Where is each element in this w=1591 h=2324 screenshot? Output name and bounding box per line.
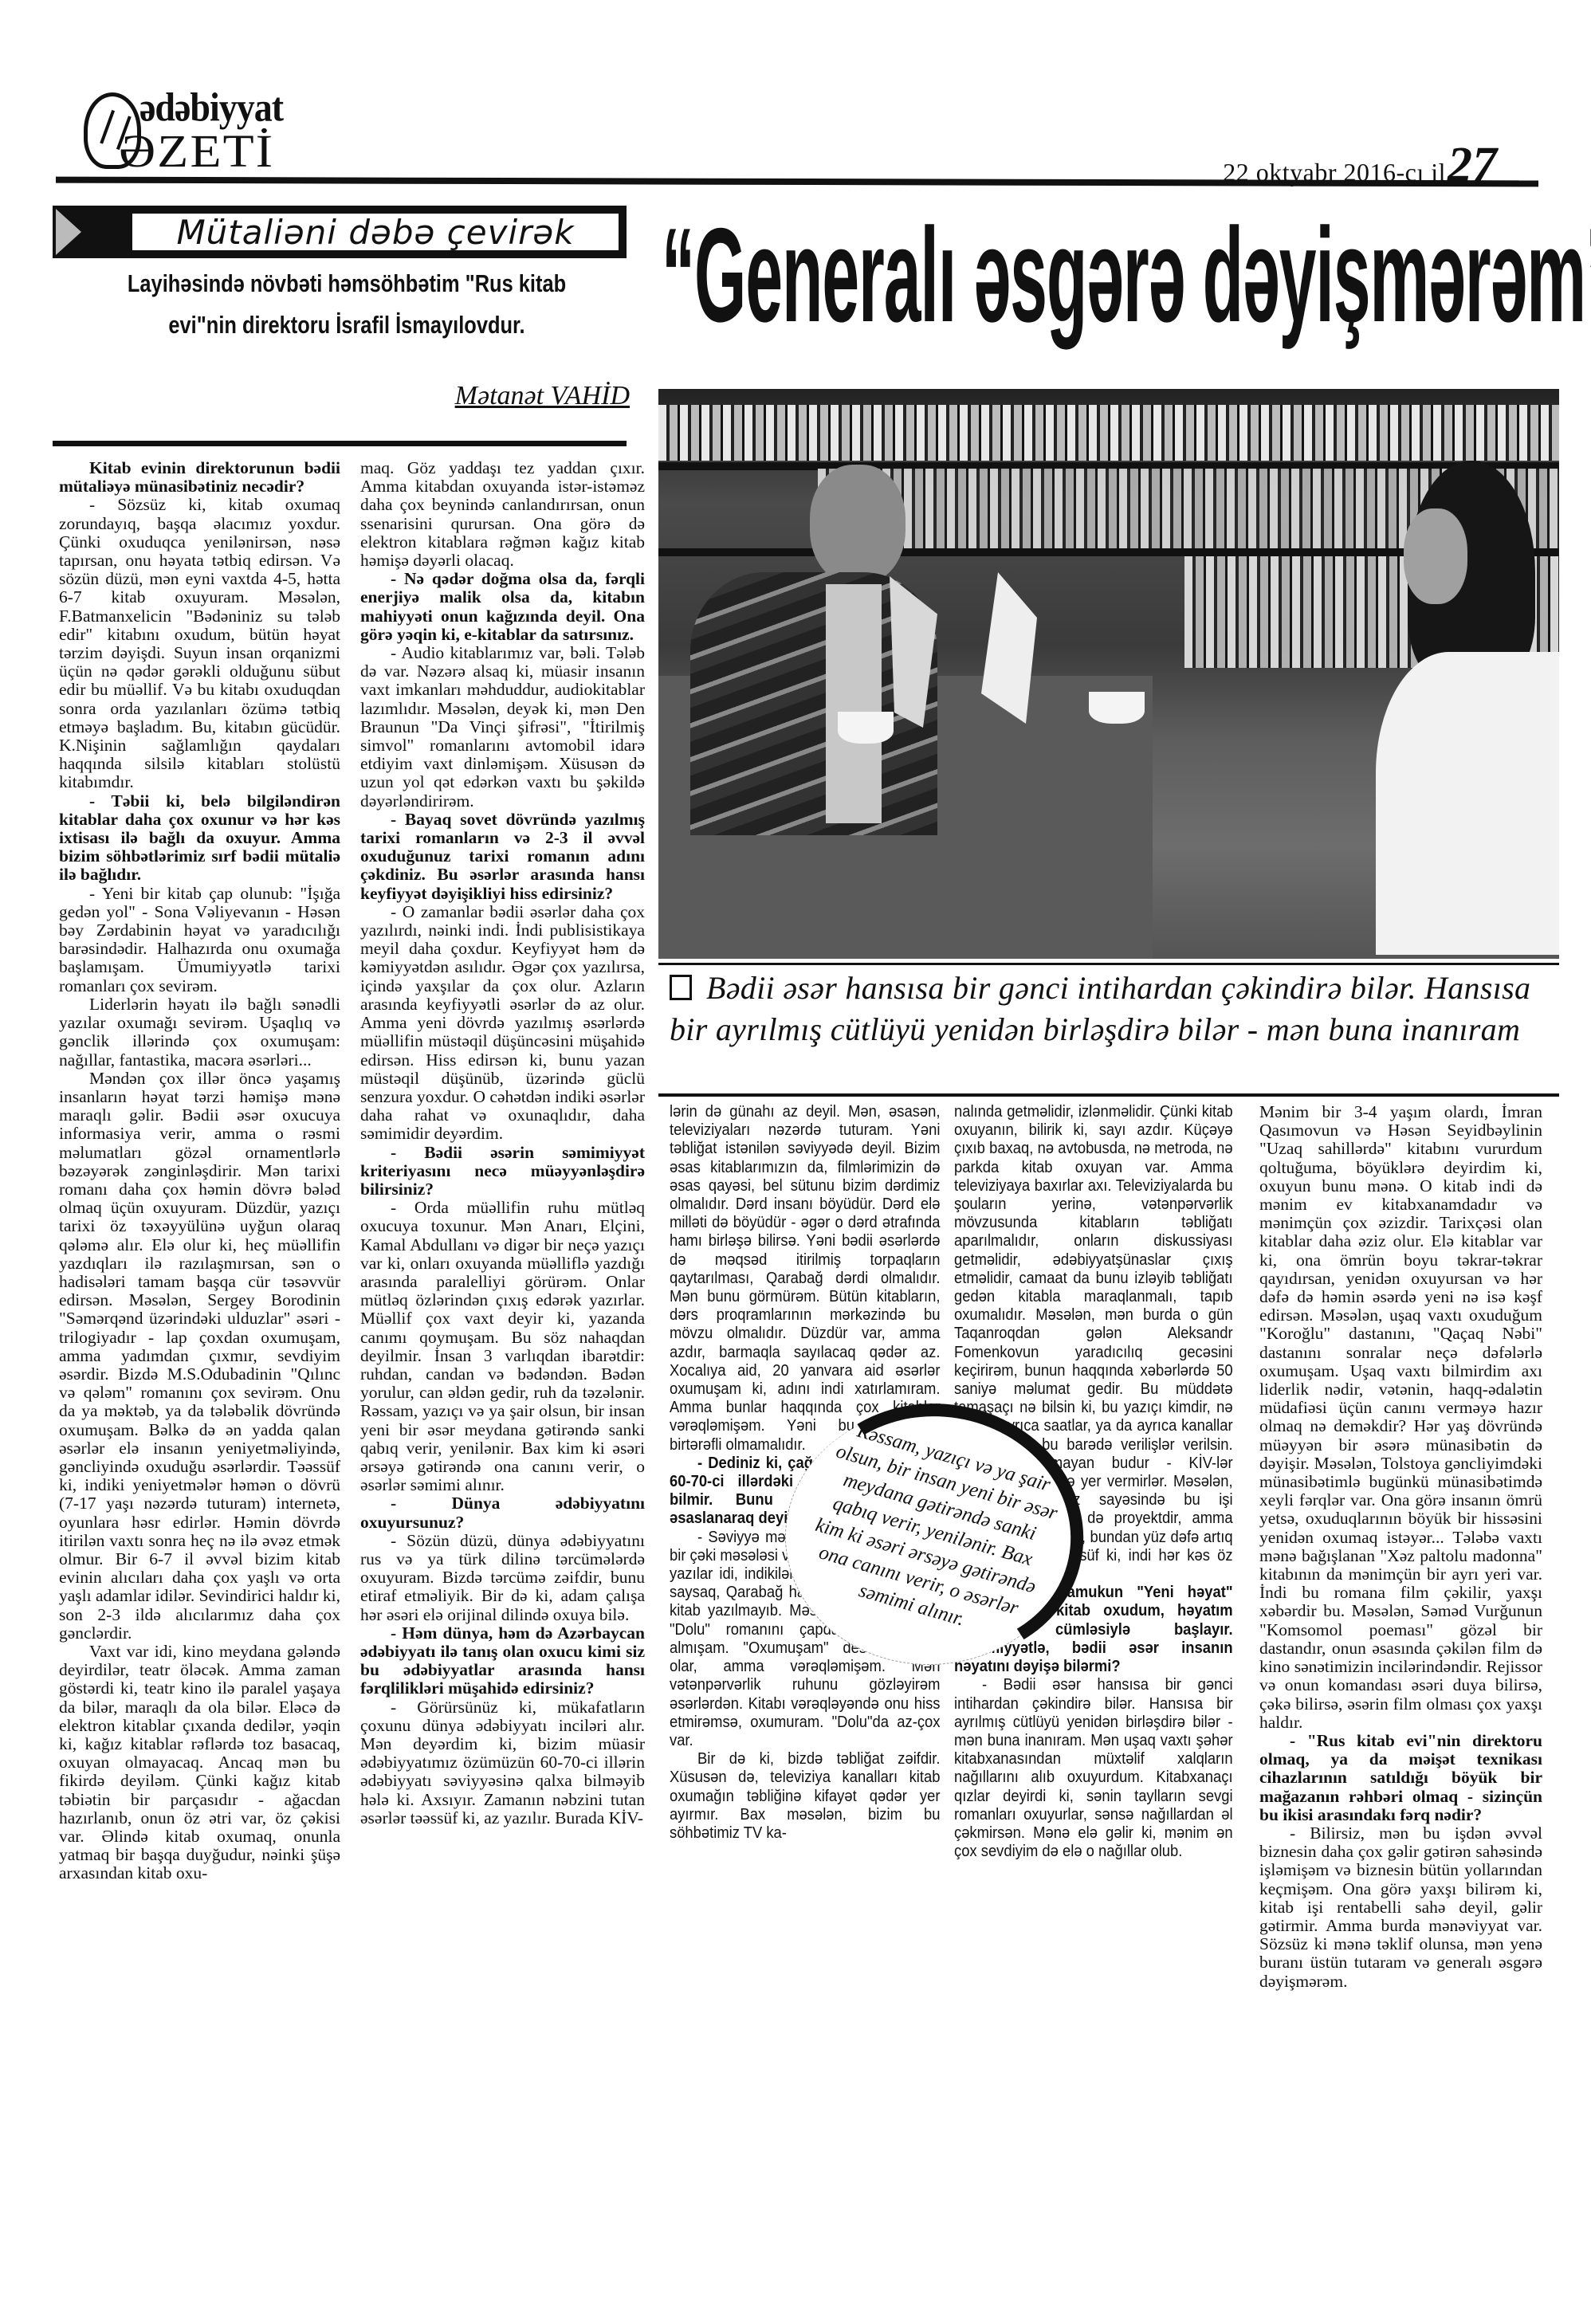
answer-paragraph: - O zamanlar bədii əsərlər daha çox yazı… bbox=[360, 903, 645, 1144]
answer-paragraph: - Bədii əsər hansısa bir gənci intiharda… bbox=[954, 1676, 1233, 1861]
answer-paragraph: - Orda müəllifin ruhu mütləq oxucuya tox… bbox=[360, 1199, 645, 1494]
question-paragraph: - Bədii əsərin səmimiyyət kriteriyasını … bbox=[360, 1144, 645, 1199]
section-subheading: Layihəsində növbəti həmsöhbətim "Rus kit… bbox=[121, 263, 572, 346]
arrow-right-icon bbox=[56, 209, 81, 255]
pullquote-rule-top bbox=[658, 963, 1559, 965]
logo-bottom-text: ƏZETİ bbox=[119, 124, 274, 178]
square-bullet-icon bbox=[670, 975, 692, 1000]
article-headline: “Generalı əsgərə dəyişmərəm” bbox=[662, 207, 1112, 351]
article-column-1: Kitab evinin direktorunun bədii mütaliəy… bbox=[59, 459, 340, 1883]
question-paragraph: - Nə qədər doğma olsa da, fərqli enerjiy… bbox=[360, 570, 645, 644]
byline-rule bbox=[53, 441, 627, 446]
question-paragraph: - Dünya ədəbiyyatını oxuyursunuz? bbox=[360, 1494, 645, 1531]
pullquote-rule-bottom bbox=[658, 1093, 1559, 1097]
answer-paragraph: - Bilirsiz, mən bu işdən əvvəl biznesin … bbox=[1259, 1824, 1542, 1991]
interviewer-figure bbox=[1376, 461, 1559, 955]
answer-paragraph: - Yeni bir kitab çap olunub: "İşığa gedə… bbox=[59, 885, 340, 995]
answer-paragraph: Vaxt var idi, kino meydana gələndə deyir… bbox=[59, 1643, 340, 1883]
author-byline: Mətanət VAHİD bbox=[430, 381, 630, 411]
coffee-cup-icon bbox=[1089, 692, 1145, 724]
logo-top-text: ədəbiyyat bbox=[139, 84, 283, 130]
head-shape bbox=[810, 465, 905, 584]
article-column-5: Mənim bir 3-4 yaşım olardı, İmran Qasımo… bbox=[1259, 1103, 1542, 1991]
answer-paragraph: - Audio kitablarımız var, bəli. Tələb də… bbox=[360, 644, 645, 811]
answer-paragraph: maq. Göz yaddaşı tez yaddan çıxır. Amma … bbox=[360, 459, 645, 570]
answer-paragraph: Məndən çox illər öncə yaşamış insanların… bbox=[59, 1070, 340, 1643]
shirt-shape bbox=[826, 584, 882, 823]
question-paragraph: Kitab evinin direktorunun bədii mütaliəy… bbox=[59, 459, 340, 496]
article-column-2: maq. Göz yaddaşı tez yaddan çıxır. Amma … bbox=[360, 459, 645, 1827]
section-title: Mütaliəni dəbə çevirək bbox=[132, 214, 619, 250]
answer-paragraph: - Görürsünüz ki, mükafatların çoxunu dün… bbox=[360, 1698, 645, 1827]
face-shape bbox=[1404, 508, 1467, 604]
answer-paragraph: lərin də günahı az deyil. Mən, əsasən, t… bbox=[670, 1103, 940, 1454]
question-paragraph: - "Rus kitab evi"nin direktoru olmaq, ya… bbox=[1259, 1732, 1542, 1824]
bookshelf-row bbox=[658, 405, 1559, 461]
coffee-cup-icon bbox=[838, 712, 894, 744]
pullquote: Bədii əsər hansısa bir gənci intihardan … bbox=[670, 968, 1554, 1050]
interview-photo bbox=[658, 389, 1559, 959]
question-paragraph: - Həm dünya, həm də Azərbaycan ədəbiyyat… bbox=[360, 1624, 645, 1698]
answer-paragraph: - Sözün düzü, dünya ədəbiyyatını rus və … bbox=[360, 1532, 645, 1624]
answer-paragraph: Mənim bir 3-4 yaşım olardı, İmran Qasımo… bbox=[1259, 1103, 1542, 1732]
question-paragraph: - Bayaq sovet dövründə yazılmış tarixi r… bbox=[360, 811, 645, 903]
pullquote-text: Bədii əsər hansısa bir gənci intihardan … bbox=[670, 970, 1530, 1047]
question-paragraph: - Təbii ki, belə bilgiləndirən kitablar … bbox=[59, 792, 340, 885]
section-banner: Mütaliəni dəbə çevirək bbox=[53, 206, 627, 258]
answer-paragraph: Bir də ki, bizdə təbliğat zəifdir. Xüsus… bbox=[670, 1750, 940, 1843]
newspaper-logo: ədəbiyyat ƏZETİ bbox=[84, 86, 339, 182]
answer-paragraph: Liderlərin həyatı ilə bağlı sənədli yazı… bbox=[59, 995, 340, 1070]
answer-paragraph: - Sözsüz ki, kitab oxumaq zorundayıq, ba… bbox=[59, 496, 340, 791]
blouse-shape bbox=[1376, 652, 1559, 955]
